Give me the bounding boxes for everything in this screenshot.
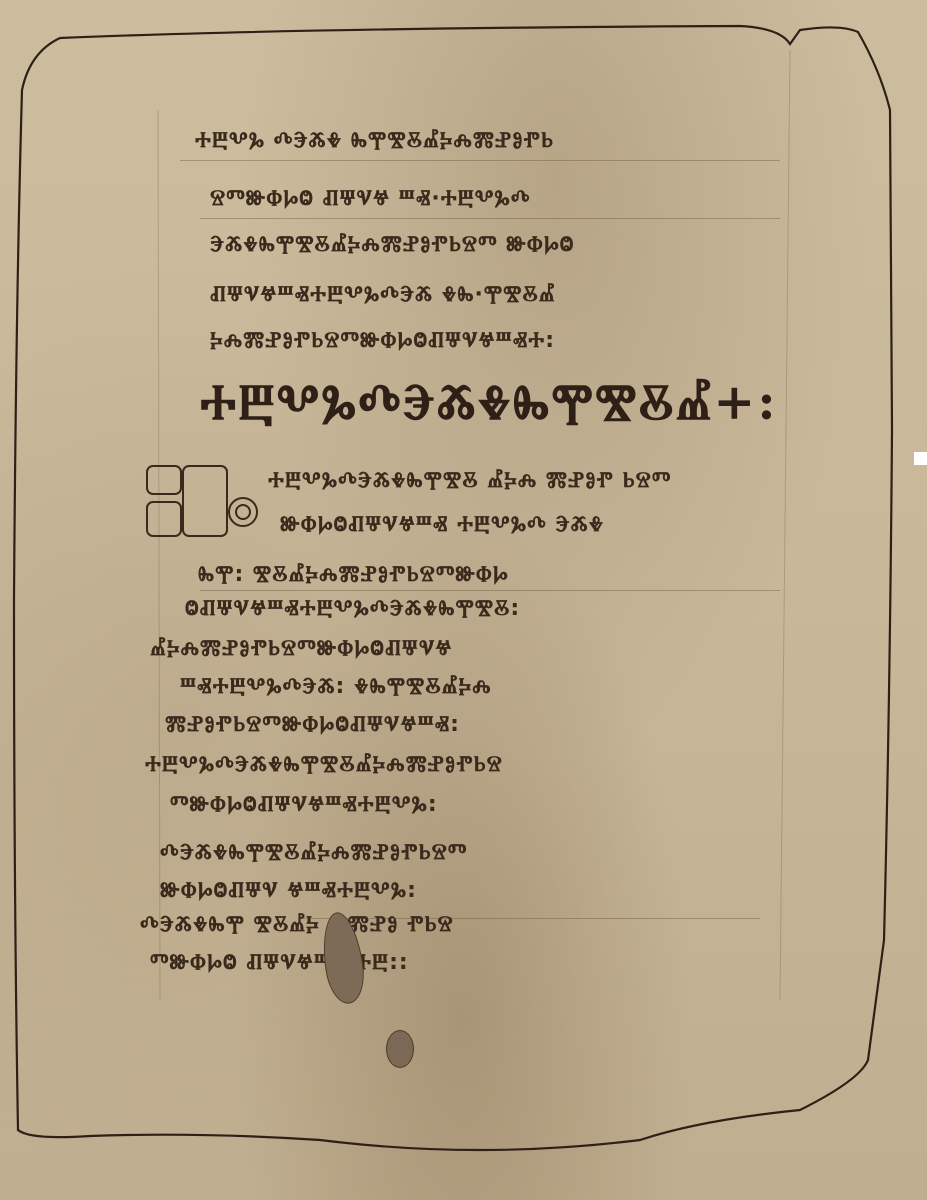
text-line: ⰖⰗⰘⰙⰚⰛⰜ ⰝⰞⰟⰀⰁⰂⰃ: bbox=[160, 878, 417, 904]
text-line: ⰈⰉ: ⰊⰋⰌⰍⰎⰏⰐⰑⰒⰓⰔⰕⰖⰗⰘ bbox=[198, 562, 509, 588]
ruling-line bbox=[180, 160, 780, 161]
ruling-line bbox=[300, 918, 760, 919]
ink-stain bbox=[386, 1030, 414, 1068]
text-line: ⰌⰍⰎⰏⰐⰑⰒⰓⰔⰕⰖⰗⰘⰙⰚⰛⰜⰝ bbox=[150, 636, 453, 662]
text-line: ⰀⰁⰂⰃⰄⰅⰆⰇⰈⰉⰊⰋ ⰌⰍⰎ ⰏⰐⰑⰒ ⰓⰔⰕ bbox=[268, 468, 671, 494]
text-line: ⰀⰁⰂⰃⰄⰅⰆⰇⰈⰉⰊⰋⰌⰍⰎⰏⰐⰑⰒⰓⰔ bbox=[145, 752, 503, 778]
text-line: ⰅⰆⰇⰈⰉⰊⰋⰌⰍⰎⰏⰐⰑⰒⰓⰔⰕ ⰖⰗⰘⰙ bbox=[210, 232, 574, 258]
text-line: ⰏⰐⰑⰒⰓⰔⰕⰖⰗⰘⰙⰚⰛⰜⰝⰞⰟ: bbox=[165, 712, 460, 738]
text-line: ⰞⰟⰀⰁⰂⰃⰄⰅⰆ: ⰇⰈⰉⰊⰋⰌⰍⰎ bbox=[180, 674, 492, 700]
text-line: ⰕⰖⰗⰘⰙ ⰚⰛⰜⰝⰞ ⰟⰀⰁ:: bbox=[150, 950, 409, 976]
ruling-line bbox=[200, 590, 780, 591]
text-line: ⰀⰁⰂⰃ ⰄⰅⰆⰇ ⰈⰉⰊⰋⰌⰍⰎⰏⰐⰑⰒⰓ bbox=[195, 128, 554, 154]
text-line: ⰄⰅⰆⰇⰈⰉ ⰊⰋⰌⰍ ⰎⰏⰐⰑ ⰒⰓⰔ bbox=[140, 912, 454, 938]
text-line: ⰕⰖⰗⰘⰙⰚⰛⰜⰝⰞⰟⰀⰁⰂⰃ: bbox=[170, 792, 438, 818]
text-line: ⰚⰛⰜⰝⰞⰟⰀⰁⰂⰃⰄⰅⰆ ⰇⰈ·ⰉⰊⰋⰌ bbox=[210, 282, 556, 308]
edge-marker bbox=[914, 452, 927, 465]
ruling-line bbox=[200, 218, 780, 219]
decorated-initial-icon bbox=[145, 462, 265, 542]
decorated-heading: ⰀⰁⰂⰃⰄⰅⰆⰇⰈⰉⰊⰋⰌ+: bbox=[200, 372, 800, 432]
text-line: ⰔⰕⰖⰗⰘⰙ ⰚⰛⰜⰝ ⰞⰟ·ⰀⰁⰂⰃⰄ bbox=[210, 186, 531, 212]
text-line: ⰙⰚⰛⰜⰝⰞⰟⰀⰁⰂⰃⰄⰅⰆⰇⰈⰉⰊⰋ: bbox=[185, 596, 520, 622]
text-line: ⰖⰗⰘⰙⰚⰛⰜⰝⰞⰟ ⰀⰁⰂⰃⰄ ⰅⰆⰇ bbox=[280, 512, 604, 538]
text-line: ⰍⰎⰏⰐⰑⰒⰓⰔⰕⰖⰗⰘⰙⰚⰛⰜⰝⰞⰟⰀ: bbox=[210, 328, 555, 354]
text-line: ⰄⰅⰆⰇⰈⰉⰊⰋⰌⰍⰎⰏⰐⰑⰒⰓⰔⰕ bbox=[160, 840, 467, 866]
